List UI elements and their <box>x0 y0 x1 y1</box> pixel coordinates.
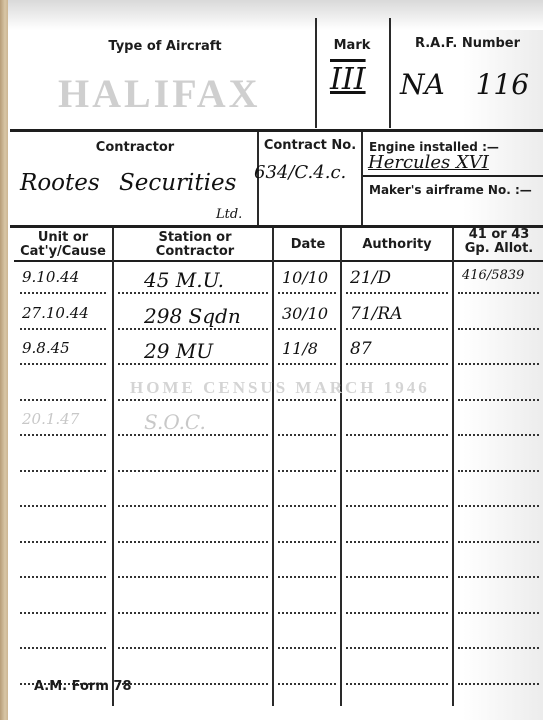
row-line <box>278 683 336 685</box>
row-line <box>346 647 448 649</box>
raf-number-value: NA 116 <box>400 68 529 101</box>
row-line <box>118 470 268 472</box>
row-line <box>20 292 106 294</box>
card-top-edge <box>8 0 543 30</box>
row-line <box>118 612 268 614</box>
col-header-line: Gp. Allot. <box>455 242 543 256</box>
row-line <box>20 399 106 401</box>
row-line <box>458 328 539 330</box>
col-header-line: Cat'y/Cause <box>18 245 108 259</box>
cell-authority: 71/RA <box>350 304 402 324</box>
row-line <box>20 434 106 436</box>
divider <box>389 18 391 128</box>
cell-unit: 27.10.44 <box>22 304 89 322</box>
row-line <box>458 683 539 685</box>
divider <box>361 132 363 226</box>
raf-number-label: R.A.F. Number <box>400 37 535 51</box>
mark-value: III <box>330 62 366 97</box>
row-line <box>118 434 268 436</box>
row-line <box>458 576 539 578</box>
col-header-station: Station or Contractor <box>120 231 270 259</box>
row-line <box>278 399 336 401</box>
row-line <box>458 292 539 294</box>
form-number: A.M. Form 78 <box>34 680 132 694</box>
column-divider <box>452 228 454 706</box>
row-line <box>346 399 448 401</box>
column-divider <box>112 228 114 706</box>
row-line <box>458 647 539 649</box>
col-header-allot: 41 or 43 Gp. Allot. <box>455 228 543 256</box>
row-line <box>20 612 106 614</box>
row-line <box>20 328 106 330</box>
row-line <box>346 434 448 436</box>
contract-no-label: Contract No. <box>259 139 361 153</box>
cell-date: 30/10 <box>282 304 328 323</box>
row-line <box>278 470 336 472</box>
row-line <box>278 505 336 507</box>
row-line <box>118 399 268 401</box>
engine-installed-value: Hercules XVI <box>368 152 489 173</box>
row-line <box>458 399 539 401</box>
row-line <box>278 363 336 365</box>
makers-airframe-label: Maker's airframe No. :— <box>369 183 532 197</box>
cell-unit: 9.8.45 <box>22 339 70 357</box>
column-divider <box>340 228 342 706</box>
col-header-authority: Authority <box>343 238 451 252</box>
row-line <box>346 328 448 330</box>
cell-unit: 9.10.44 <box>22 268 79 286</box>
cell-date: 11/8 <box>282 339 318 358</box>
row-line <box>278 541 336 543</box>
contractor-label: Contractor <box>70 141 200 155</box>
contract-no-value: 634/C.4.c. <box>254 162 346 183</box>
row-line <box>118 647 268 649</box>
col-header-line: Contractor <box>120 245 270 259</box>
row-line <box>346 683 448 685</box>
col-header-line: 41 or 43 <box>455 228 543 242</box>
row-line <box>458 505 539 507</box>
row-line <box>346 541 448 543</box>
col-header-date: Date <box>276 238 340 252</box>
type-of-aircraft-label: Type of Aircraft <box>90 40 240 54</box>
mark-label: Mark <box>320 39 384 53</box>
contractor-value-suffix: Ltd. <box>216 207 242 222</box>
row-line <box>278 576 336 578</box>
row-line <box>20 363 106 365</box>
cell-authority: 87 <box>350 339 372 359</box>
row-line <box>458 612 539 614</box>
row-line <box>458 470 539 472</box>
row-line <box>278 328 336 330</box>
row-line <box>20 576 106 578</box>
col-header-unit: Unit or Cat'y/Cause <box>18 231 108 259</box>
row-line <box>118 505 268 507</box>
section-rule <box>10 129 543 132</box>
row-line <box>118 363 268 365</box>
row-line <box>118 328 268 330</box>
row-line <box>278 647 336 649</box>
column-divider <box>272 228 274 706</box>
cell-station: S.O.C. <box>144 410 206 434</box>
row-line <box>118 292 268 294</box>
cell-date: 10/10 <box>282 268 328 287</box>
row-line <box>278 292 336 294</box>
cell-unit: 20.1.47 <box>22 410 79 428</box>
cell-allot: 416/5839 <box>462 268 524 283</box>
row-line <box>458 363 539 365</box>
row-line <box>278 434 336 436</box>
row-line <box>118 576 268 578</box>
header-rule <box>14 260 543 262</box>
row-line <box>346 470 448 472</box>
engine-rule <box>363 175 543 177</box>
contractor-value: Rootes Securities <box>20 170 236 196</box>
col-header-line: Station or <box>120 231 270 245</box>
type-of-aircraft-value: HALIFAX <box>58 70 260 117</box>
row-line <box>346 363 448 365</box>
row-line <box>458 541 539 543</box>
row-line <box>458 434 539 436</box>
row-line <box>118 683 268 685</box>
row-line <box>20 505 106 507</box>
cell-station: 298 Sqdn <box>144 304 241 328</box>
row-line <box>346 612 448 614</box>
cell-station: 45 M.U. <box>144 268 224 292</box>
cell-authority: 21/D <box>350 268 391 288</box>
census-stamp: HOME CENSUS MARCH 1946 <box>130 378 430 398</box>
cell-station: 29 MU <box>144 339 213 363</box>
row-line <box>278 612 336 614</box>
col-header-line: Unit or <box>18 231 108 245</box>
row-line <box>346 292 448 294</box>
row-line <box>118 541 268 543</box>
row-line <box>20 647 106 649</box>
row-line <box>20 541 106 543</box>
row-line <box>20 470 106 472</box>
row-line <box>346 576 448 578</box>
row-line <box>346 505 448 507</box>
divider <box>315 18 317 128</box>
